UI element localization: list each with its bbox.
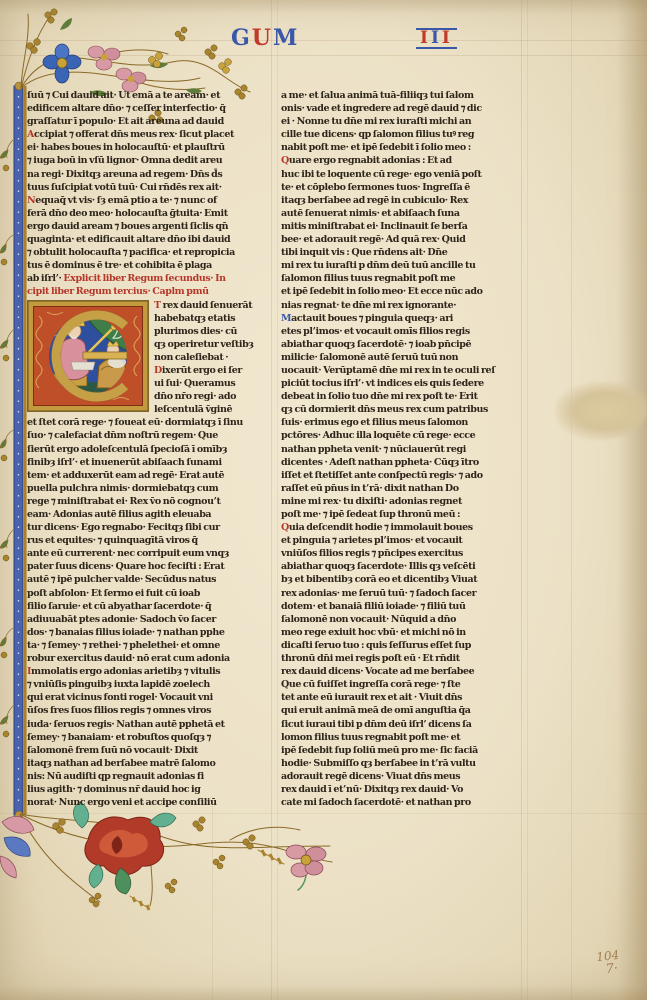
text-line: ſemey· ⁊ banaiam· et robuſtos quoſqȝ ⁊ [27,731,273,744]
top-edge-shadow [0,0,647,14]
text-line: na regi· Dixitqȝ areuna ad regem· Dn̄s d… [27,168,273,181]
text-line: edificem altare dn̄o· ⁊ ceſſer interfect… [27,102,273,115]
text-line: ſalomon filius tuus regnabit poſt me [281,272,522,285]
text-line: adorauit regē dicens· Viuat dn̄s meus [281,770,522,783]
text-line: rex dauid dicens· Vocate ad me berſabee [281,665,522,678]
text-column-right: a me· et ſalua animā tuā-filiiqȝ tui ſal… [281,89,522,815]
text-line: poſt abſolon· Et ſermo ei fuit cū ioab [27,587,273,600]
text-line: a me· et ſalua animā tuā-filiiqȝ tui ſal… [281,89,522,102]
text-line: Que cū fuiſſet ingreſſa corā rege· ⁊ ſte [281,678,522,691]
ornamental-letter: M [273,25,299,51]
ornamental-letter: G [231,25,252,51]
text-line: ⁊ iuga boū in vſū lignor· Omna dedit are… [27,154,273,167]
text-line: nabit poſt me· et ipē ſedebit ī ſolio me… [281,141,522,154]
rubric-incipit: cipit liber Regum tercius· Caplm pmū [27,285,273,298]
text-line: ſuo· ⁊ calefaciat dn̄m noſtrū regem· Que [27,429,273,442]
text-line: bȝ et bibentibȝ corā eo et dicentibȝ Viu… [281,573,522,586]
historiated-initial-miniature [27,300,149,412]
text-line: poſt me· ⁊ ipē ſedeat ſup thronū meū : [281,508,522,521]
column-text-block: a me· et ſalua animā tuā-filiiqȝ tui ſal… [281,89,522,809]
ornamental-letter: I [431,28,442,48]
text-line: rege ⁊ miniſtrabat ei· Rex v̄o nō cognou… [27,495,273,508]
text-line: autē ⁊ ipē pulcher valde· Secūdus natus [27,573,273,586]
ruling-line [277,0,278,1000]
text-line: et ipē ſedebit in ſolio meo· Et ecce nūc… [281,285,522,298]
book-numeral: III [416,28,457,49]
text-line: uocauit· Verūptamē dn̄e mi rex in te ocu… [281,364,522,377]
text-line: piciūt tocius iſrl’· vt indices eis quis… [281,377,522,390]
text-line: etes pl’imos· et vocauit omīs filios reg… [281,325,522,338]
text-line: ipē ſedebit ſup ſoliū meū pro me· ſic fa… [281,744,522,757]
text-line: te· et cōplebo ſermones tuos· Ingreſſa ē [281,181,522,194]
text-line: et ſtet corā rege· ⁊ foueat eū· dormiatq… [27,416,273,429]
running-title: GUM [231,25,299,51]
text-line: abiathar quoqȝ ſacerdotē· ⁊ ioab pn̄cipē [281,338,522,351]
text-line: autē ſenuerat nimis· et abiſaach ſuna [281,207,522,220]
text-line: qȝ cū dormierit dn̄s meus rex cum patrib… [281,403,522,416]
text-line: Nequaq̄ vt vis· ſȝ emā ptio a te· ⁊ nunc… [27,194,273,207]
initial-and-text-block: T rex dauid ſenuerāthabebatqȝ etatisplur… [27,299,273,810]
text-line: iſſet et ſtetiſſet ante conſpectū regis·… [281,469,522,482]
left-border-bar [14,82,27,819]
text-line: dicaſti ſeruo tuo : quis ſeſſurus eſſet … [281,639,522,652]
text-line: ⁊ vniūſis pinguibȝ iuxta lapidē zoelech [27,678,273,691]
text-line: tet ante eū iurauit rex et ait · Viuit d… [281,691,522,704]
text-line: bee· et adorauit regē· Ad quā rex· Quid [281,233,522,246]
text-line: ergo dauid aream ⁊ boues argenti ſiclis … [27,220,273,233]
text-line: rus et equites· ⁊ quinquagītā viros q̄ [27,534,273,547]
text-line: ſicut iuraui tibi p dn̄m deū iſrl’ dicen… [281,718,522,731]
ornamental-letter: I [420,28,431,48]
text-line: Quia deſcendit hodie ⁊ immolauit boues [281,521,522,534]
text-line: hodie· Submiſſo qȝ berſabee in t’rā vult… [281,757,522,770]
text-line: finibȝ iſrl’· et inuenerūt abiſaach ſuna… [27,456,273,469]
text-line: mine mi rex· tu dixiſti· adonias regnet [281,495,522,508]
text-line: huc ibi te loquente cū rege· ego veniā p… [281,168,522,181]
ruling-line [212,806,213,1000]
text-line: ſuis· erimus ego et filius meus ſalomon [281,416,522,429]
fore-edge-shadow [617,0,647,1000]
text-line: eam· Adonias autē filius agith eleuaba [27,508,273,521]
text-line: abiathar quoqȝ ſacerdote· Illis qȝ veſcē… [281,560,522,573]
ornamental-letter: I [442,28,453,48]
text-line: ei · Nonne tu dn̄e mi rex iuraſti michi … [281,115,522,128]
text-line: nathan ppheta venit· ⁊ nūciauerūt regi [281,443,522,456]
text-line: dicentes · Adeſt nathan ppheta· Cūqȝ ītr… [281,456,522,469]
text-line: norat· Nunc ergo veni et accipe conſiliū [27,796,273,809]
text-line: et pinguia ⁊ arietes pl’imos· et vocauit [281,534,522,547]
text-line: raſſet eū pn̄us in t’rā· dixit nathan Do [281,482,522,495]
folio-mark: 7· [605,962,621,976]
ruling-line [0,40,647,41]
text-line: pater ſuus dicens· Quare hoc feciſti : E… [27,560,273,573]
text-line: tem· et adduxerūt eam ad regē· Erat autē [27,469,273,482]
text-line: nias regnat· te dn̄e mi rex ignorante· [281,299,522,312]
text-line: ferā dn̄o deo meo· holocauſta ḡtuita· Em… [27,207,273,220]
text-line: ūſos fres ſuos filios regis ⁊ omnes viro… [27,704,273,717]
text-line: thronū dn̄i mei regis poſt eū · Et rn̄di… [281,652,522,665]
text-line: ſalomonē frem ſuū nō vocauit· Dixit [27,744,273,757]
text-line: mitis miniſtrabat ei· Inclinauit ſe berſ… [281,220,522,233]
text-line: ta· ⁊ ſemey· ⁊ rethei· ⁊ phelethei· et o… [27,639,273,652]
text-line: Quare ergo regnabit adonias : Et ad [281,154,522,167]
rubric-explicit: Explicit liber Regum ſecundus· In [63,273,225,284]
text-column-left: ſuū ⁊ Cui dauid ait· Ut emā a te aream· … [27,89,273,815]
text-line: puella pulchra nimis· dormiebatqȝ cum [27,482,273,495]
blue-flower [43,44,81,83]
text-line: Accipiat ⁊ offerat dn̄s meus rex· ſicut … [27,128,273,141]
rubric-line: ab iſrl’· Explicit liber Regum ſecundus·… [27,272,273,285]
text-line: cate mi ſadoch ſacerdotē· et nathan pro [281,796,522,809]
text-line: rex dauid ī et’nū· Dixitqȝ rex dauid· Vo [281,783,522,796]
text-line: tuus ſuſcipiat votū tuū· Cui rn̄dēs rex … [27,181,273,194]
text-line: Mactauit boues ⁊ pinguia queqȝ· ari [281,312,522,325]
text-line: vniūſos filios regis ⁊ pn̄cipes exercitu… [281,547,522,560]
text-line: nis: Nū audiſti qp regnauit adonias fi [27,770,273,783]
column-text-block: ſuū ⁊ Cui dauid ait· Ut emā a te aream· … [27,89,273,272]
text-line: qui eruit animā meā de omī anguſtia q̄a [281,704,522,717]
chapter-end-text: ab iſrl’· [27,273,63,284]
text-line: Immolatis ergo adonias arietibȝ ⁊ vituli… [27,665,273,678]
text-line: tur dicens· Ego regnabo· Fecitqȝ ſibi cu… [27,521,273,534]
manuscript-page: GUM III [0,0,647,1000]
text-line: pctōres· Adhuc illa loquēte cū rege· ecc… [281,429,522,442]
text-line: ſalomonē non vocauit· Nūquid a dn̄o [281,613,522,626]
text-line: filio ſaruie· et cū abyathar ſacerdote· … [27,600,273,613]
text-line: meo rege exiuit hoc vbū· et michi nō in [281,626,522,639]
text-line: tus ē dominus ē tre· et cohibita ē plaga [27,259,273,272]
text-line: milicie· ſalomonē autē ſeruū tuū non [281,351,522,364]
text-line: debeat in ſolio tuo dn̄e mi rex poſt te·… [281,390,522,403]
bottom-border-ornament [0,802,332,910]
folio-annotation: 104 7· [596,949,621,977]
text-line: quaginta· et edificauit altare dn̄o ibi … [27,233,273,246]
text-line: tibi inquit vis : Que rn̄dens ait· Dn̄e [281,246,522,259]
ruling-line [527,0,528,1000]
left-margin-sprigs [0,140,13,737]
text-line: ſuū ⁊ Cui dauid ait· Ut emā a te aream· … [27,89,273,102]
text-line: cille tue dicens· qp ſalomon filius tuꝰ … [281,128,522,141]
text-line: dotem· et banaiā filiū ioiade· ⁊ filiū t… [281,600,522,613]
ruling-line [0,55,647,56]
text-line: ⁊ obtulit holocauſta ⁊ pacifica· et repr… [27,246,273,259]
text-line: mi rex tu iuraſti p dn̄m deū tuū ancille… [281,259,522,272]
text-line: robur exercitus dauid· nō erat cum adoni… [27,652,273,665]
bottom-edge-shadow [0,986,647,1000]
corner-acanthus [0,816,34,878]
text-line: rex adonias· me ſeruū tuū· ⁊ ſadoch ſace… [281,587,522,600]
text-line: adiuuabāt ptes adonie· Sadoch v̄o ſacer [27,613,273,626]
pink-flower [286,845,326,890]
pink-flower [88,46,120,70]
red-acanthus-flower [73,802,176,894]
text-line: onis· vade et ingredere ad regē dauid ⁊ … [281,102,522,115]
text-line: lius agith· ⁊ dominus nr̄ dauid hoc ig [27,783,273,796]
ornamental-letter: U [252,25,273,51]
ruling-line [571,0,572,1000]
text-line: qui erat vicinus fonti rogel· Vocauit vn… [27,691,273,704]
text-line: ei· habes boues in holocauſtū· et plauſt… [27,141,273,154]
text-line: ante eū currerent· nec corripuit eum vnq… [27,547,273,560]
text-line: itaqȝ nathan ad berſabee matrē ſalomo [27,757,273,770]
text-line: graſſatur ī populo· Et ait areuna ad dau… [27,115,273,128]
text-line: dos· ⁊ banaias filius ioiade· ⁊ nathan p… [27,626,273,639]
text-line: ſierūt ergo adoleſcentulā ſpecioſā ī omī… [27,443,273,456]
text-line: lomon filius tuus regnabit poſt me· et [281,731,522,744]
text-line: itaqȝ berſabee ad regē in cubiculo· Rex [281,194,522,207]
parchment-repair-stain [556,382,647,440]
text-line: iuda· ſeruos regis· Nathan autē pphetā e… [27,718,273,731]
